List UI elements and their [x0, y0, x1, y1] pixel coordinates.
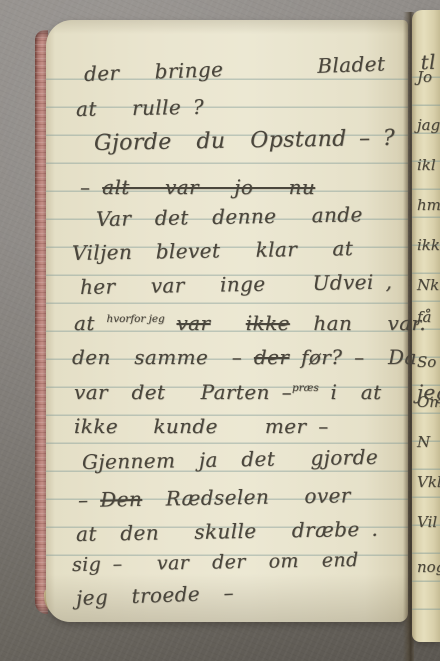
manuscript-line: ikke kunde mer – — [74, 416, 329, 436]
handwriting-text: at — [74, 311, 107, 335]
inserted-word: hvorfor jeg — [107, 313, 165, 325]
handwriting-text: i at jeg — [319, 380, 440, 404]
handwriting-text — [165, 311, 177, 335]
photo-background: der bringe Bladet tlat rulle ?Gjorde du … — [0, 0, 440, 661]
struck-word: alt var jo nu — [102, 175, 315, 199]
inserted-word: præs — [292, 382, 319, 394]
handwriting-text: var det Parten – — [74, 380, 292, 404]
manuscript-line: Gjorde du Opstand – ? — [94, 128, 395, 155]
manuscript-line: den samme – der før? – Da — [72, 347, 417, 367]
struck-word: var — [176, 311, 210, 335]
manuscript-line: – Den Rædselen over — [78, 485, 351, 510]
manuscript-line: Viljen blevet klar at — [72, 238, 354, 263]
manuscript-line: Gjennem ja det gjorde — [82, 447, 378, 472]
handwriting-text: Var det denne ande — [96, 202, 363, 231]
handwriting-text: ikke kunde mer – — [74, 414, 329, 438]
handwriting-text: Gjennem ja det gjorde — [82, 445, 378, 474]
handwriting-text: Viljen blevet klar at — [72, 236, 354, 265]
handwriting-text: han var. — [290, 311, 426, 335]
handwriting-text: sig – var der om end — [72, 549, 359, 576]
handwriting-text: der bringe Bladet tl — [84, 50, 437, 86]
handwriting-layer: der bringe Bladet tlat rulle ?Gjorde du … — [0, 0, 440, 661]
manuscript-line: at den skulle dræbe . — [76, 519, 378, 544]
handwriting-text: den samme – — [72, 345, 254, 369]
handwriting-text: Gjorde du Opstand – ? — [94, 126, 395, 156]
handwriting-text: at rulle ? — [76, 95, 204, 121]
manuscript-line: – alt var jo nu — [80, 177, 315, 197]
handwriting-text: – — [80, 175, 102, 199]
manuscript-line: jeg troede – — [76, 582, 235, 608]
struck-word: ikke — [246, 311, 290, 335]
manuscript-line: at hvorfor jeg var ikke han var. — [74, 313, 426, 333]
handwriting-text: her var inge Udvei , — [80, 270, 393, 299]
handwriting-text: jeg troede – — [76, 580, 235, 609]
manuscript-line: at rulle ? — [76, 97, 204, 119]
handwriting-text: før? – Da — [289, 345, 417, 369]
manuscript-line: her var inge Udvei , — [80, 272, 393, 297]
struck-word: Den — [100, 487, 142, 512]
handwriting-text — [210, 311, 245, 335]
handwriting-text: Rædselen over — [142, 483, 351, 511]
manuscript-line: var det Parten –præs i at jeg — [74, 382, 440, 402]
struck-word: der — [254, 345, 289, 369]
manuscript-line: der bringe Bladet tl — [84, 52, 436, 84]
manuscript-line: sig – var der om end — [72, 551, 359, 575]
manuscript-line: Var det denne ande — [96, 204, 363, 229]
handwriting-text: at den skulle dræbe . — [76, 517, 379, 546]
handwriting-text: – — [78, 488, 101, 512]
